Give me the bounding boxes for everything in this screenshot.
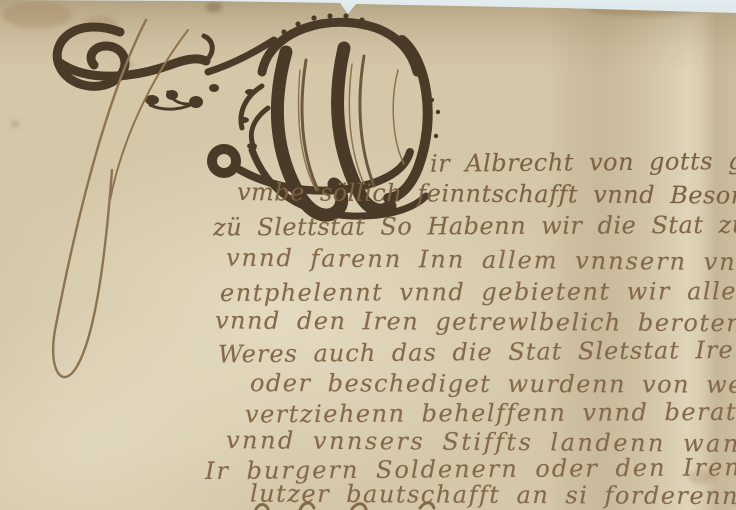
text-line-7: Weres auch das die Stat Sletstat Ire b xyxy=(218,336,736,369)
text-line-5: entphelennt vnnd gebietent wir allenn xyxy=(220,277,736,307)
text-line-8: oder beschediget wurdenn von wem ab xyxy=(250,369,736,399)
parchment-sheet: ir Albrecht von gotts gnaden vmbe söllic… xyxy=(0,0,736,510)
text-line-3: zü Slettstat So Habenn wir die Stat zü S xyxy=(213,211,736,242)
text-line-2: vmbe söllich feinntschafft vnnd Besonnde xyxy=(237,178,736,210)
text-line-9: vertziehenn behelffenn vnnd beratten xyxy=(245,398,736,429)
text-line-4: vnnd farenn Inn allem vnnsern vnnd xyxy=(226,244,736,277)
text-line-12: lutzer bautschafft an si forderenn vnn xyxy=(250,480,736,510)
text-line-1: ir Albrecht von gotts gnaden xyxy=(430,146,736,177)
text-line-6: vnnd den Iren getrewlbelich berotenn W xyxy=(215,306,736,337)
